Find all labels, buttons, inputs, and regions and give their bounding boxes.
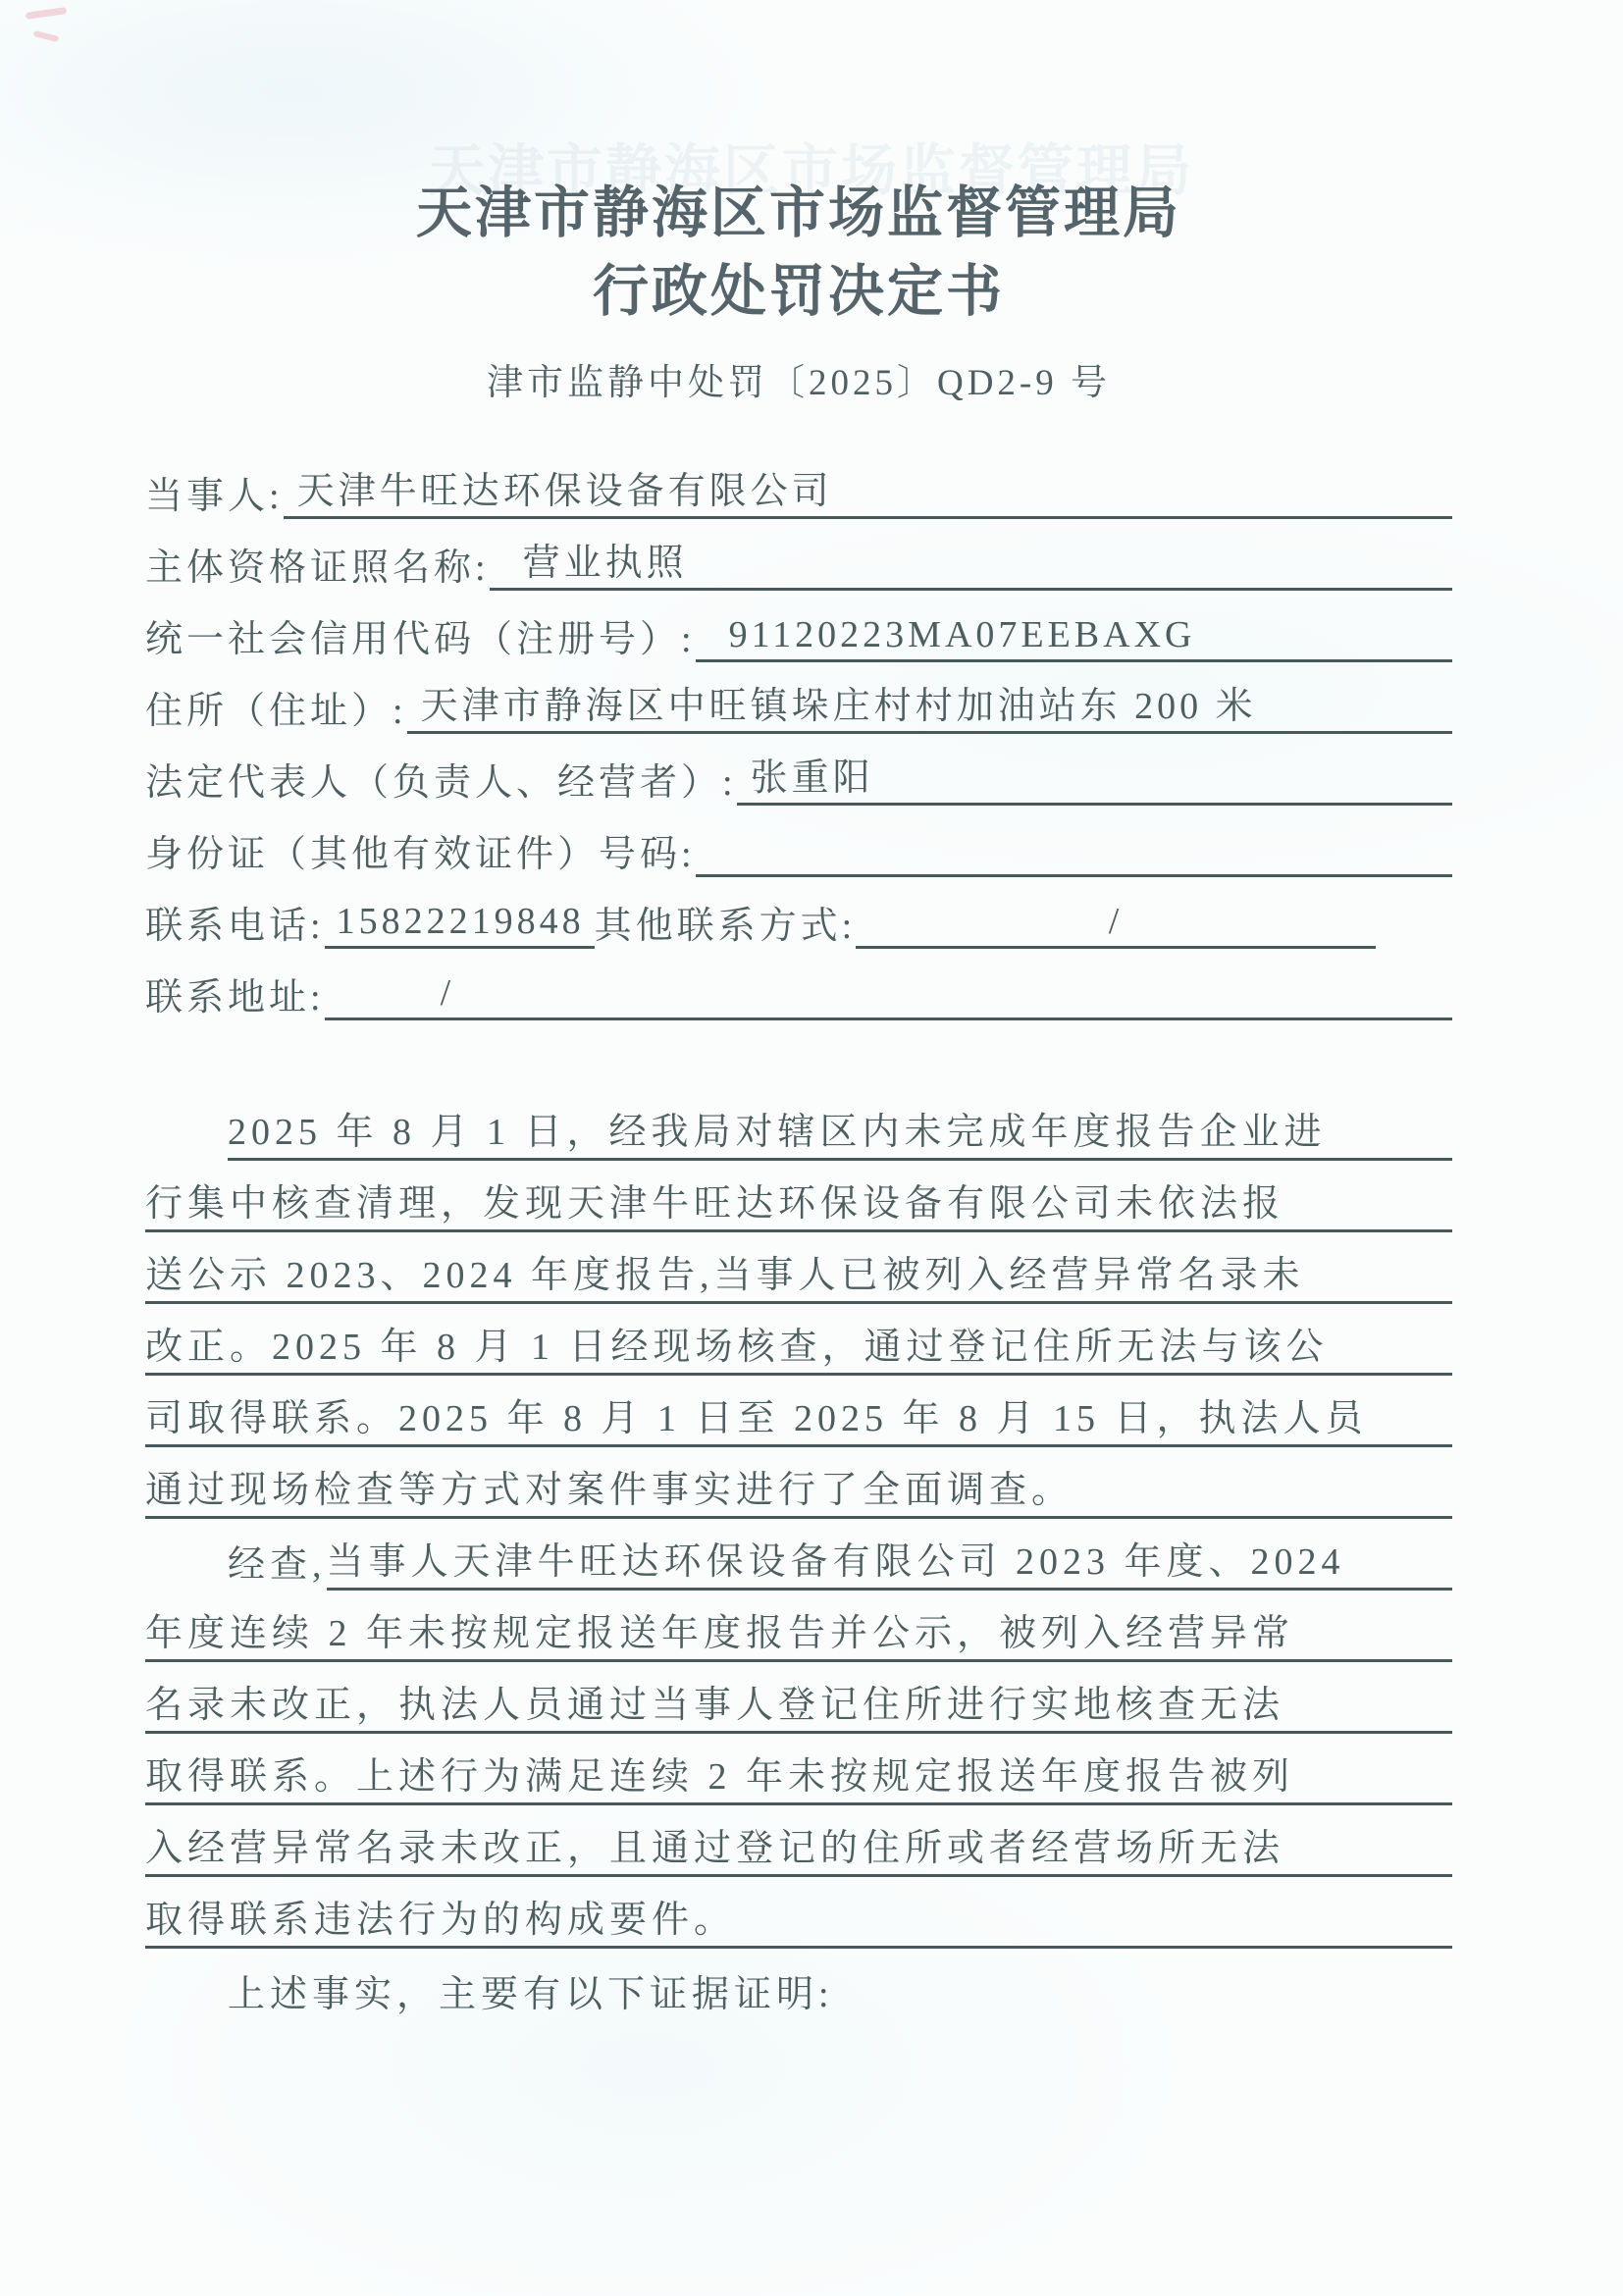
paragraph1-line4-text: 改正。2025 年 8 月 1 日经现场核查，通过登记住所无法与该公	[145, 1322, 1452, 1376]
paragraph2-line4: 取得联系。上述行为满足连续 2 年未按规定报送年度报告被列	[145, 1734, 1452, 1805]
field-value-address: 天津市静海区中旺镇垛庄村村加油站东 200 米	[407, 683, 1452, 734]
paragraph2-line5: 入经营异常名录未改正，且通过登记的住所或者经营场所无法	[145, 1805, 1452, 1877]
paragraph1-line6: 通过现场检查等方式对案件事实进行了全面调查。	[145, 1447, 1452, 1519]
paragraph1-line2-text: 行集中核查清理，发现天津牛旺达环保设备有限公司未依法报	[145, 1178, 1452, 1232]
field-label-contact-address: 联系地址:	[145, 966, 325, 1020]
field-label-id-number: 身份证（其他有效证件）号码:	[145, 823, 696, 877]
paragraph1-line3-text: 送公示 2023、2024 年度报告,当事人已被列入经营异常名录未	[145, 1250, 1452, 1304]
paragraph1-line1-text: 2025 年 8 月 1 日，经我局对辖区内未完成年度报告企业进	[228, 1107, 1452, 1161]
field-value-legal-rep: 张重阳	[737, 755, 1452, 806]
field-label-other-contact: 其他联系方式:	[595, 895, 857, 949]
paragraph2-line3: 名录未改正，执法人员通过当事人登记住所进行实地核查无法	[145, 1662, 1452, 1734]
field-label-credit-code: 统一社会信用代码（注册号）:	[145, 608, 696, 662]
paragraph2-line1-text: 当事人天津牛旺达环保设备有限公司 2023 年度、2024	[327, 1537, 1452, 1591]
scan-artifact-red-mark	[33, 30, 60, 42]
paragraph2-line2: 年度连续 2 年未按规定报送年度报告并公示，被列入经营异常	[145, 1591, 1452, 1662]
paragraph1-line4: 改正。2025 年 8 月 1 日经现场核查，通过登记住所无法与该公	[145, 1304, 1452, 1376]
document-content: 天津市静海区市场监督管理局 行政处罚决定书 津市监静中处罚〔2025〕QD2-9…	[145, 0, 1452, 2020]
field-value-license-name: 营业执照	[490, 540, 1452, 591]
paragraph3-text: 上述事实，主要有以下证据证明:	[228, 1969, 834, 2020]
document-number: 津市监静中处罚〔2025〕QD2-9 号	[145, 359, 1452, 408]
document-title-line1: 天津市静海区市场监督管理局	[145, 175, 1452, 253]
paragraph1-line5-text: 司取得联系。2025 年 8 月 1 日至 2025 年 8 月 15 日，执法…	[145, 1393, 1452, 1447]
paragraph2-line3-text: 名录未改正，执法人员通过当事人登记住所进行实地核查无法	[145, 1680, 1452, 1734]
field-row-id-number: 身份证（其他有效证件）号码:	[145, 806, 1452, 877]
field-value-party: 天津牛旺达环保设备有限公司	[284, 468, 1452, 519]
field-label-phone: 联系电话:	[145, 895, 325, 949]
paragraph2-line5-text: 入经营异常名录未改正，且通过登记的住所或者经营场所无法	[145, 1823, 1452, 1877]
paragraph3-line1: 上述事实，主要有以下证据证明:	[145, 1949, 1452, 2020]
field-row-address: 住所（住址）: 天津市静海区中旺镇垛庄村村加油站东 200 米	[145, 662, 1452, 734]
paragraph2-prefix-text: 经查,	[228, 1539, 327, 1591]
paragraph2-line2-text: 年度连续 2 年未按规定报送年度报告并公示，被列入经营异常	[145, 1608, 1452, 1662]
field-value-contact-address: /	[325, 969, 1452, 1020]
paragraph1-line2: 行集中核查清理，发现天津牛旺达环保设备有限公司未依法报	[145, 1161, 1452, 1232]
document-header: 天津市静海区市场监督管理局 行政处罚决定书	[145, 0, 1452, 332]
field-row-contact-address: 联系地址: /	[145, 949, 1452, 1020]
paragraph1-line3: 送公示 2023、2024 年度报告,当事人已被列入经营异常名录未	[145, 1232, 1452, 1304]
paragraph2-line6-text: 取得联系违法行为的构成要件。	[145, 1895, 1452, 1949]
scan-artifact-red-mark	[26, 7, 68, 20]
field-value-phone: 15822219848	[325, 898, 595, 949]
field-label-license-name: 主体资格证照名称:	[145, 537, 490, 591]
scanned-document-page: 天津市静海区市场监督管理局 天津市静海区市场监督管理局 行政处罚决定书 津市监静…	[0, 0, 1623, 2296]
field-label-party: 当事人:	[145, 465, 284, 519]
field-label-legal-rep: 法定代表人（负责人、经营者）:	[145, 752, 737, 806]
field-label-address: 住所（住址）:	[145, 680, 407, 734]
field-row-legal-rep: 法定代表人（负责人、经营者）: 张重阳	[145, 734, 1452, 806]
paragraph1-line6-text: 通过现场检查等方式对案件事实进行了全面调查。	[145, 1465, 1452, 1519]
document-title-line2: 行政处罚决定书	[145, 253, 1452, 332]
field-value-id-number	[696, 829, 1452, 877]
field-row-party: 当事人: 天津牛旺达环保设备有限公司	[145, 447, 1452, 519]
paragraph2-line6: 取得联系违法行为的构成要件。	[145, 1877, 1452, 1949]
field-value-other-contact: /	[856, 898, 1376, 949]
field-row-credit-code: 统一社会信用代码（注册号）: 91120223MA07EEBAXG	[145, 591, 1452, 662]
field-row-license-name: 主体资格证照名称: 营业执照	[145, 519, 1452, 591]
field-row-phone: 联系电话: 15822219848 其他联系方式: /	[145, 877, 1452, 949]
paragraph2-line1: 经查, 当事人天津牛旺达环保设备有限公司 2023 年度、2024	[145, 1519, 1452, 1591]
paragraph1-line1: 2025 年 8 月 1 日，经我局对辖区内未完成年度报告企业进	[145, 1089, 1452, 1161]
paragraph2-line4-text: 取得联系。上述行为满足连续 2 年未按规定报送年度报告被列	[145, 1751, 1452, 1805]
paragraph1-line5: 司取得联系。2025 年 8 月 1 日至 2025 年 8 月 15 日，执法…	[145, 1376, 1452, 1447]
field-value-credit-code: 91120223MA07EEBAXG	[696, 611, 1452, 662]
party-info-fields: 当事人: 天津牛旺达环保设备有限公司 主体资格证照名称: 营业执照 统一社会信用…	[145, 447, 1452, 1020]
document-body: 2025 年 8 月 1 日，经我局对辖区内未完成年度报告企业进 行集中核查清理…	[145, 1089, 1452, 2020]
